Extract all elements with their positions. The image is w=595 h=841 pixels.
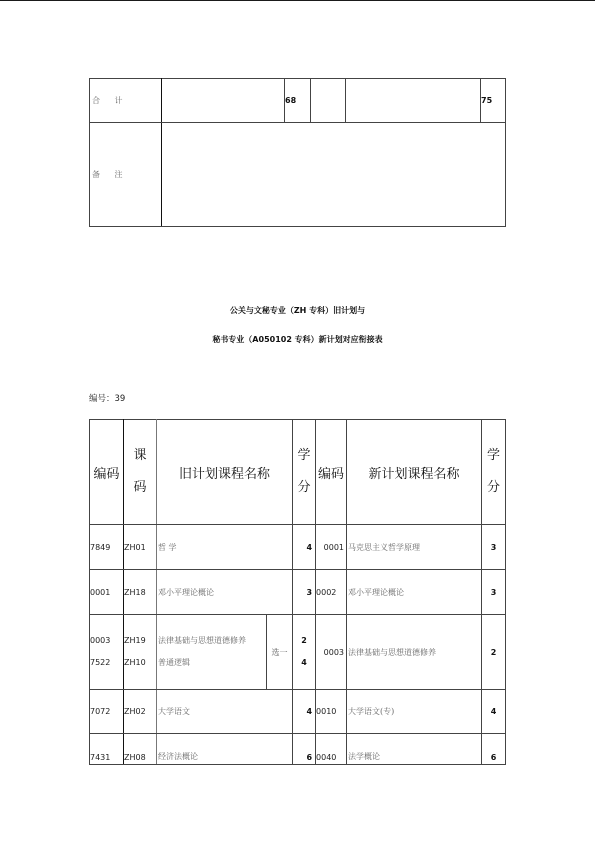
old-credits: 2 <box>293 630 315 652</box>
new-course-name: 大学语文(专) <box>347 690 482 734</box>
header-new-course-name: 新计划课程名称 <box>347 420 482 525</box>
new-code: 0040 <box>316 734 347 765</box>
header-old-course-name: 旧计划课程名称 <box>157 420 293 525</box>
header-old-credits-top: 学 <box>293 440 315 472</box>
header-new-credits-bottom: 分 <box>482 472 505 504</box>
remarks-label: 备 注 <box>90 123 162 227</box>
new-code: 0002 <box>316 570 347 615</box>
new-credits: 6 <box>482 734 506 765</box>
old-course-name: 经济法概论 <box>157 734 293 765</box>
old-course-name: 大学语文 <box>157 690 293 734</box>
old-code: 7522 <box>90 652 123 674</box>
old-code: 7849 <box>90 525 124 570</box>
total-label: 合 计 <box>90 79 162 123</box>
old-total-name-cell <box>162 79 285 123</box>
new-course-name: 马克思主义哲学原理 <box>347 525 482 570</box>
old-credits: 3 <box>293 570 316 615</box>
course-mapping-table: 编码 课 码 旧计划课程名称 学 分 编码 新计划课程名称 学 分 7849 Z… <box>89 419 506 765</box>
old-credits: 4 <box>293 690 316 734</box>
table-row-choose-one: 0003 7522 ZH19 ZH10 法律基础与思想道德修养 普通逻辑 选一 … <box>90 615 506 690</box>
new-total-name-cell <box>346 79 481 123</box>
header-new-credits-top: 学 <box>482 440 505 472</box>
header-course-code-bottom: 码 <box>124 472 156 504</box>
old-course-name: 哲 学 <box>157 525 293 570</box>
new-credits: 3 <box>482 525 506 570</box>
header-old-code: 编码 <box>90 420 124 525</box>
new-total-code-cell <box>311 79 346 123</box>
course-code: ZH01 <box>124 525 157 570</box>
new-credits: 3 <box>482 570 506 615</box>
new-code: 0003 <box>316 615 347 690</box>
old-course-name-pair: 法律基础与思想道德修养 普通逻辑 <box>157 615 267 690</box>
old-credits-pair: 2 4 <box>293 615 316 690</box>
table-row: 0001 ZH18 邓小平理论概论 3 0002 邓小平理论概论 3 <box>90 570 506 615</box>
new-total-credits: 75 <box>481 79 506 123</box>
header-old-credits: 学 分 <box>293 420 316 525</box>
old-course-name: 邓小平理论概论 <box>157 570 293 615</box>
table-row: 7849 ZH01 哲 学 4 0001 马克思主义哲学原理 3 <box>90 525 506 570</box>
new-course-name: 邓小平理论概论 <box>347 570 482 615</box>
old-code: 7431 <box>90 734 124 765</box>
table-row: 7431 ZH08 经济法概论 6 0040 法学概论 6 <box>90 734 506 765</box>
course-code: ZH19 <box>124 630 156 652</box>
old-credits: 4 <box>293 525 316 570</box>
header-row: 编码 课 码 旧计划课程名称 学 分 编码 新计划课程名称 学 分 <box>90 420 506 525</box>
table-title-line2: 秘书专业（A050102 专科）新计划对应衔接表 <box>0 334 595 345</box>
new-course-name: 法律基础与思想道德修养 <box>347 615 482 690</box>
old-credits: 6 <box>293 734 316 765</box>
old-course-name: 法律基础与思想道德修养 <box>158 630 266 652</box>
total-row: 合 计 68 75 <box>90 79 506 123</box>
header-course-code-top: 课 <box>124 440 156 472</box>
old-course-name: 普通逻辑 <box>158 652 266 674</box>
header-old-credits-bottom: 分 <box>293 472 315 504</box>
new-credits: 4 <box>482 690 506 734</box>
new-code: 0010 <box>316 690 347 734</box>
new-code: 0001 <box>316 525 347 570</box>
header-new-credits: 学 分 <box>482 420 506 525</box>
summary-table: 合 计 68 75 备 注 <box>89 78 506 227</box>
remarks-value <box>162 123 506 227</box>
course-code: ZH10 <box>124 652 156 674</box>
course-code-pair: ZH19 ZH10 <box>124 615 157 690</box>
new-credits: 2 <box>482 615 506 690</box>
table-row: 7072 ZH02 大学语文 4 0010 大学语文(专) 4 <box>90 690 506 734</box>
old-total-credits: 68 <box>285 79 311 123</box>
course-code: ZH02 <box>124 690 157 734</box>
old-code: 7072 <box>90 690 124 734</box>
header-new-code: 编码 <box>316 420 347 525</box>
choose-one-label: 选一 <box>267 615 293 690</box>
remarks-row: 备 注 <box>90 123 506 227</box>
old-code-pair: 0003 7522 <box>90 615 124 690</box>
document-code-label: 编号：39 <box>89 392 125 404</box>
page-top-rule <box>0 0 595 1</box>
old-code: 0003 <box>90 630 123 652</box>
course-code: ZH18 <box>124 570 157 615</box>
table-title-line1: 公关与文秘专业（ZH 专科）旧计划与 <box>0 305 595 316</box>
course-code: ZH08 <box>124 734 157 765</box>
old-code: 0001 <box>90 570 124 615</box>
new-course-name: 法学概论 <box>347 734 482 765</box>
old-credits: 4 <box>293 652 315 674</box>
header-course-code: 课 码 <box>124 420 157 525</box>
